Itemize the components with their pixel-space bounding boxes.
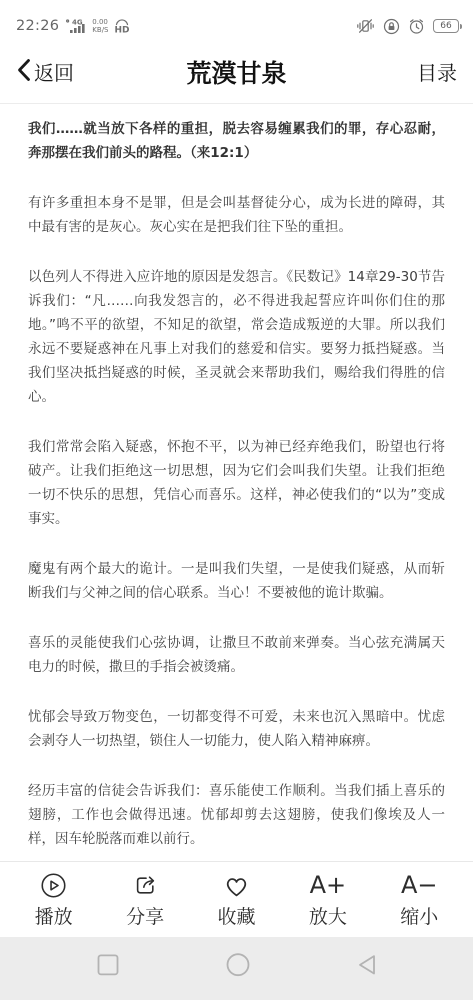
font-decrease-label: 缩小 xyxy=(400,902,438,929)
font-increase-button[interactable]: A+ 放大 xyxy=(291,870,365,929)
android-nav-bar xyxy=(0,937,473,1000)
play-button[interactable]: 播放 xyxy=(17,870,91,929)
play-label: 播放 xyxy=(35,902,73,929)
share-button[interactable]: 分享 xyxy=(108,870,182,929)
chevron-left-icon xyxy=(16,57,31,87)
home-circle-icon[interactable] xyxy=(226,952,251,981)
battery-percent: 66 xyxy=(440,21,451,31)
status-bar: 22:26 4G 0.00 KB/S HD xyxy=(0,0,473,40)
speed-unit: KB/S xyxy=(92,26,108,34)
font-decrease-icon: A− xyxy=(401,870,438,900)
toc-button[interactable]: 目录 xyxy=(417,57,457,86)
bottom-toolbar: 播放 分享 收藏 A+ 放大 xyxy=(0,861,473,937)
status-left: 22:26 4G 0.00 KB/S HD xyxy=(16,17,131,35)
reading-area[interactable]: 我们……就当放下各样的重担，脱去容易缠累我们的罪，存心忍耐，奔那摆在我们前头的路… xyxy=(0,104,473,861)
phone-screen: 22:26 4G 0.00 KB/S HD xyxy=(0,0,473,1000)
share-label: 分享 xyxy=(126,902,164,929)
body-paragraph: 我们常常会陷入疑惑，怀抱不平，以为神已经弃绝我们，盼望也行将破产。让我们拒绝这一… xyxy=(28,435,445,531)
back-button-label: 返回 xyxy=(34,57,74,86)
favorite-label: 收藏 xyxy=(217,902,255,929)
body-paragraph: 忧郁会导致万物变色，一切都变得不可爱，未来也沉入黑暗中。忧虑会剥夺人一切热望，锁… xyxy=(28,705,445,753)
scripture-paragraph: 我们……就当放下各样的重担，脱去容易缠累我们的罪，存心忍耐，奔那摆在我们前头的路… xyxy=(28,117,445,165)
recents-square-icon[interactable] xyxy=(97,953,120,980)
speed-value: 0.00 xyxy=(92,18,108,26)
rotation-lock-icon xyxy=(383,18,400,35)
heart-icon xyxy=(222,870,251,900)
font-increase-glyph: A+ xyxy=(310,870,347,900)
font-increase-label: 放大 xyxy=(309,902,347,929)
mute-vibrate-icon xyxy=(356,18,375,34)
body-paragraph: 以色列人不得进入应许地的原因是发怨言。《民数记》14章29-30节告诉我们：“凡… xyxy=(28,265,445,409)
svg-text:4G: 4G xyxy=(72,19,83,27)
font-decrease-glyph: A− xyxy=(401,870,438,900)
play-circle-icon xyxy=(40,870,67,900)
page-title: 荒漠甘泉 xyxy=(186,54,286,90)
body-paragraph: 经历丰富的信徒会告诉我们：喜乐能使工作顺利。当我们插上喜乐的翅膀，工作也会做得迅… xyxy=(28,779,445,851)
svg-text:HD: HD xyxy=(114,25,129,35)
network-speed: 0.00 KB/S xyxy=(92,18,108,34)
signal-4g-icon: 4G xyxy=(66,17,88,35)
body-paragraph: 喜乐的灵能使我们心弦协调，让撒旦不敢前来弹奏。当心弦充满属天电力的时候，撒旦的手… xyxy=(28,631,445,679)
font-increase-icon: A+ xyxy=(310,870,347,900)
hd-volte-icon: HD xyxy=(113,18,131,35)
alarm-clock-icon xyxy=(408,18,425,35)
battery-icon: 66 xyxy=(433,19,459,33)
favorite-button[interactable]: 收藏 xyxy=(199,870,273,929)
body-paragraph: 魔鬼有两个最大的诡计。一是叫我们失望，一是使我们疑惑，从而斩断我们与父神之间的信… xyxy=(28,557,445,605)
clock-time: 22:26 xyxy=(16,18,59,34)
font-decrease-button[interactable]: A− 缩小 xyxy=(382,870,456,929)
body-paragraph: 有许多重担本身不是罪，但是会叫基督徒分心，成为长进的障碍，其中最有害的是灰心。灰… xyxy=(28,191,445,239)
status-right: 66 xyxy=(348,18,459,35)
back-button[interactable]: 返回 xyxy=(16,57,74,87)
share-icon xyxy=(132,870,159,900)
back-triangle-icon[interactable] xyxy=(357,953,380,980)
app-header: 返回 荒漠甘泉 目录 xyxy=(0,40,473,104)
